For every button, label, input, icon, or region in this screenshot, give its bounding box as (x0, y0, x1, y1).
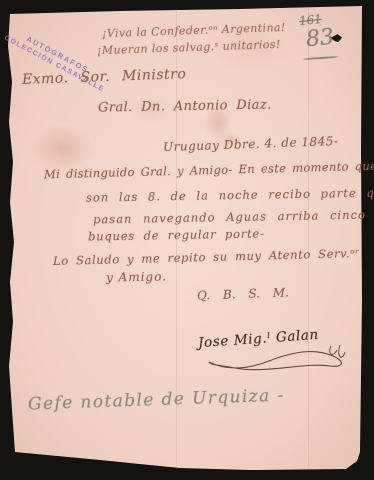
fold-crease-right (308, 8, 309, 470)
closing-line-2: y Amigo. (106, 269, 167, 284)
folio-number: 83 (305, 25, 335, 53)
addressee-line: Gral. Dn. Antonio Diaz. (98, 97, 272, 115)
signature-flourish (203, 344, 351, 378)
document-photo: AUTÓGRAFOS COLECCIÓN CASAVALLE 161 83 ¡V… (0, 0, 374, 480)
